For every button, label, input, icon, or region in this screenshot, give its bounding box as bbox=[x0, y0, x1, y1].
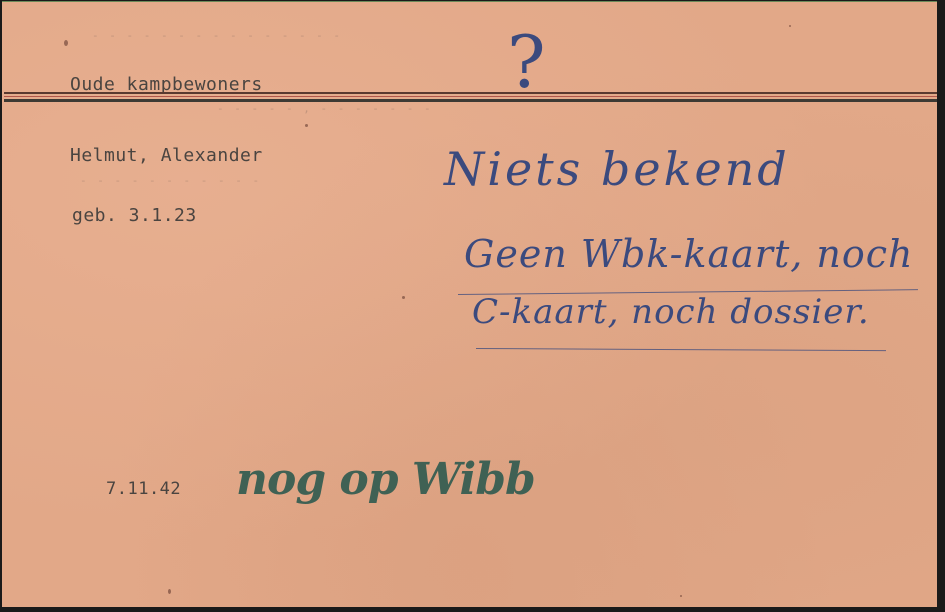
ghost-typing-under-rule: - - - - - , - - - - - - - bbox=[217, 102, 433, 115]
paper-speck bbox=[64, 40, 68, 46]
paper-speck bbox=[789, 25, 791, 27]
scanned-document-frame: - - - - - - - - - - - - - - - - - - - - … bbox=[0, 0, 945, 612]
handwritten-note-niets-bekend: Niets bekend bbox=[444, 142, 790, 196]
handwritten-note-c-kaart: C-kaart, noch dossier. bbox=[472, 292, 870, 332]
birth-date: geb. 3.1.23 bbox=[72, 205, 197, 226]
header-rule-top bbox=[4, 92, 937, 94]
index-card: - - - - - - - - - - - - - - - - - - - - … bbox=[2, 1, 937, 607]
entry-date: 7.11.42 bbox=[106, 479, 181, 499]
handwritten-note-geen-wbk-kaart: Geen Wbk-kaart, noch bbox=[464, 232, 914, 276]
handwritten-question-mark: ? bbox=[507, 20, 546, 104]
handwritten-underline-2 bbox=[476, 348, 886, 351]
paper-speck bbox=[168, 589, 171, 594]
person-name: Helmut, Alexander bbox=[70, 145, 263, 166]
header-rule-bottom bbox=[4, 99, 937, 102]
ghost-typing-under-name: - - - - - - - - - - - bbox=[80, 174, 261, 187]
paper-speck bbox=[402, 296, 405, 299]
paper-speck bbox=[680, 595, 682, 597]
ghost-typing-top: - - - - - - - - - - - - - - - bbox=[92, 29, 342, 42]
paper-speck bbox=[305, 124, 308, 127]
header-rule-red bbox=[4, 96, 937, 97]
handwritten-entry-note: nog op Wibb bbox=[236, 454, 535, 505]
